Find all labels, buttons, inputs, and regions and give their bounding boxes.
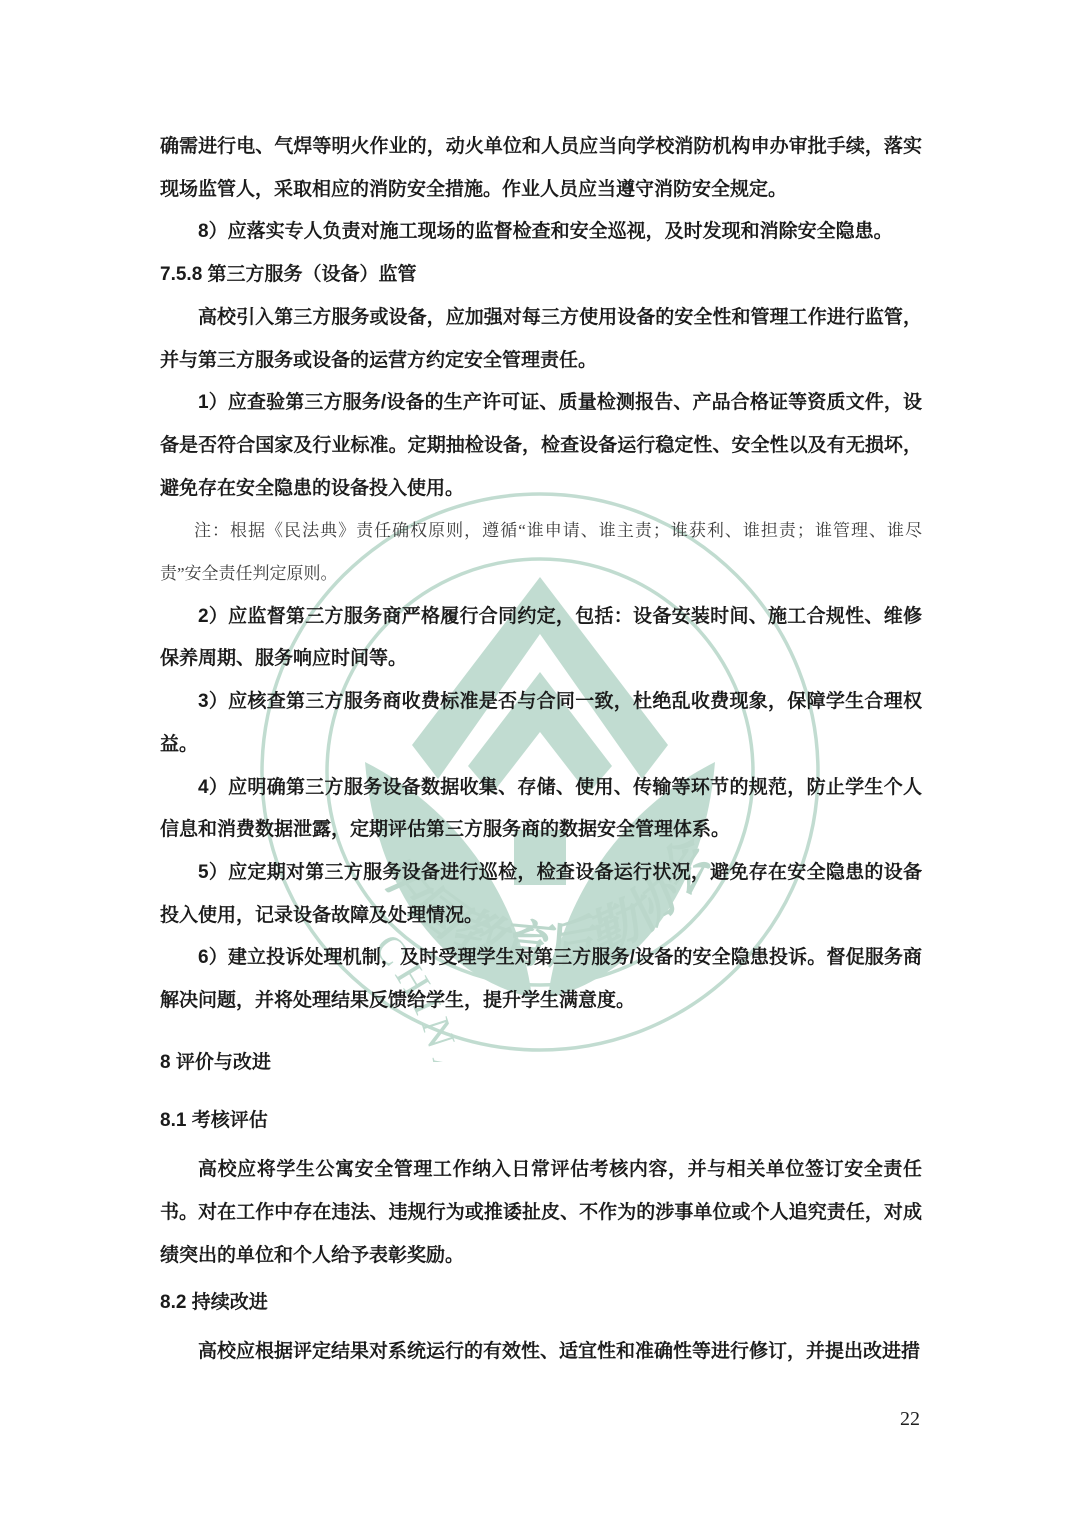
heading-11: 8 评价与改进 (160, 1023, 922, 1096)
paragraph-1: 8）应落实专人负责对施工现场的监督检查和安全巡视，及时发现和消除安全隐患。 (160, 211, 922, 254)
heading-2: 7.5.8 第三方服务（设备）监管 (160, 254, 922, 297)
heading-14: 8.2 持续改进 (160, 1277, 922, 1331)
paragraph-13: 高校应将学生公寓安全管理工作纳入日常评估考核内容，并与相关单位签订安全责任书。对… (160, 1149, 922, 1277)
document-body: 确需进行电、气焊等明火作业的，动火单位和人员应当向学校消防机构申办审批手续，落实… (160, 126, 922, 1374)
paragraph-10: 6）建立投诉处理机制，及时受理学生对第三方服务/设备的安全隐患投诉。督促服务商解… (160, 937, 922, 1022)
heading-12: 8.1 考核评估 (160, 1095, 922, 1149)
paragraph-15: 高校应根据评定结果对系统运行的有效性、适宜性和准确性等进行修订，并提出改进措 (160, 1331, 922, 1374)
paragraph-9: 5）应定期对第三方服务设备进行巡检，检查设备运行状况，避免存在安全隐患的设备投入… (160, 852, 922, 937)
paragraph-5: 注：根据《民法典》责任确权原则，遵循“谁申请、谁主责；谁获利、谁担责；谁管理、谁… (160, 510, 922, 595)
paragraph-8: 4）应明确第三方服务设备数据收集、存储、使用、传输等环节的规范，防止学生个人信息… (160, 767, 922, 852)
paragraph-7: 3）应核查第三方服务商收费标准是否与合同一致，杜绝乱收费现象，保障学生合理权益。 (160, 681, 922, 766)
paragraph-0: 确需进行电、气焊等明火作业的，动火单位和人员应当向学校消防机构申办审批手续，落实… (160, 126, 922, 211)
paragraph-3: 高校引入第三方服务或设备，应加强对每三方使用设备的安全性和管理工作进行监管，并与… (160, 297, 922, 382)
document-page: CHINA EDUCATION LOGISTICS ASSOCIATION 中国… (0, 0, 1080, 1527)
paragraph-4: 1）应查验第三方服务/设备的生产许可证、质量检测报告、产品合格证等资质文件，设备… (160, 382, 922, 510)
page-number: 22 (900, 1408, 920, 1431)
paragraph-6: 2）应监督第三方服务商严格履行合同约定，包括：设备安装时间、施工合规性、维修保养… (160, 596, 922, 681)
